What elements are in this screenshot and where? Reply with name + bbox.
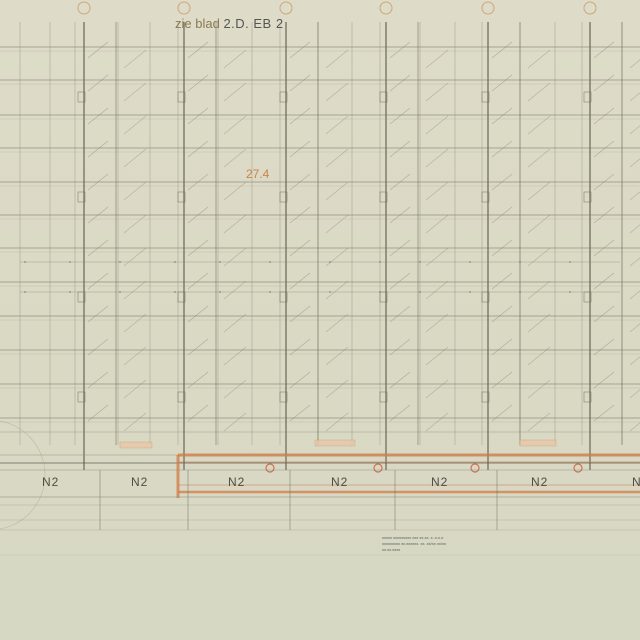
- zone-label: N2: [531, 475, 548, 489]
- zone-label: N: [632, 475, 640, 489]
- zone-label: N2: [42, 475, 59, 489]
- reference-prefix: zie blad: [175, 16, 220, 31]
- reference-code: 2.D. EB 2: [223, 16, 283, 31]
- bottom-note-line: xx.xx.xxxx: [382, 547, 446, 553]
- zone-label: N2: [431, 475, 448, 489]
- reference-note: zie blad 2.D. EB 2: [175, 16, 284, 31]
- zone-label: N2: [131, 475, 148, 489]
- floor-plan-grid: [0, 0, 640, 640]
- architectural-drawing: zie blad 2.D. EB 2 27.4 N2 N2 N2 N2 N2 N…: [0, 0, 640, 640]
- level-marker: 27.4: [246, 167, 269, 181]
- bottom-note: xxxxx xxxxxxxxx xxx xx.xx. x..x.x.x. xxx…: [382, 535, 446, 553]
- zone-label: N2: [331, 475, 348, 489]
- zone-label: N2: [228, 475, 245, 489]
